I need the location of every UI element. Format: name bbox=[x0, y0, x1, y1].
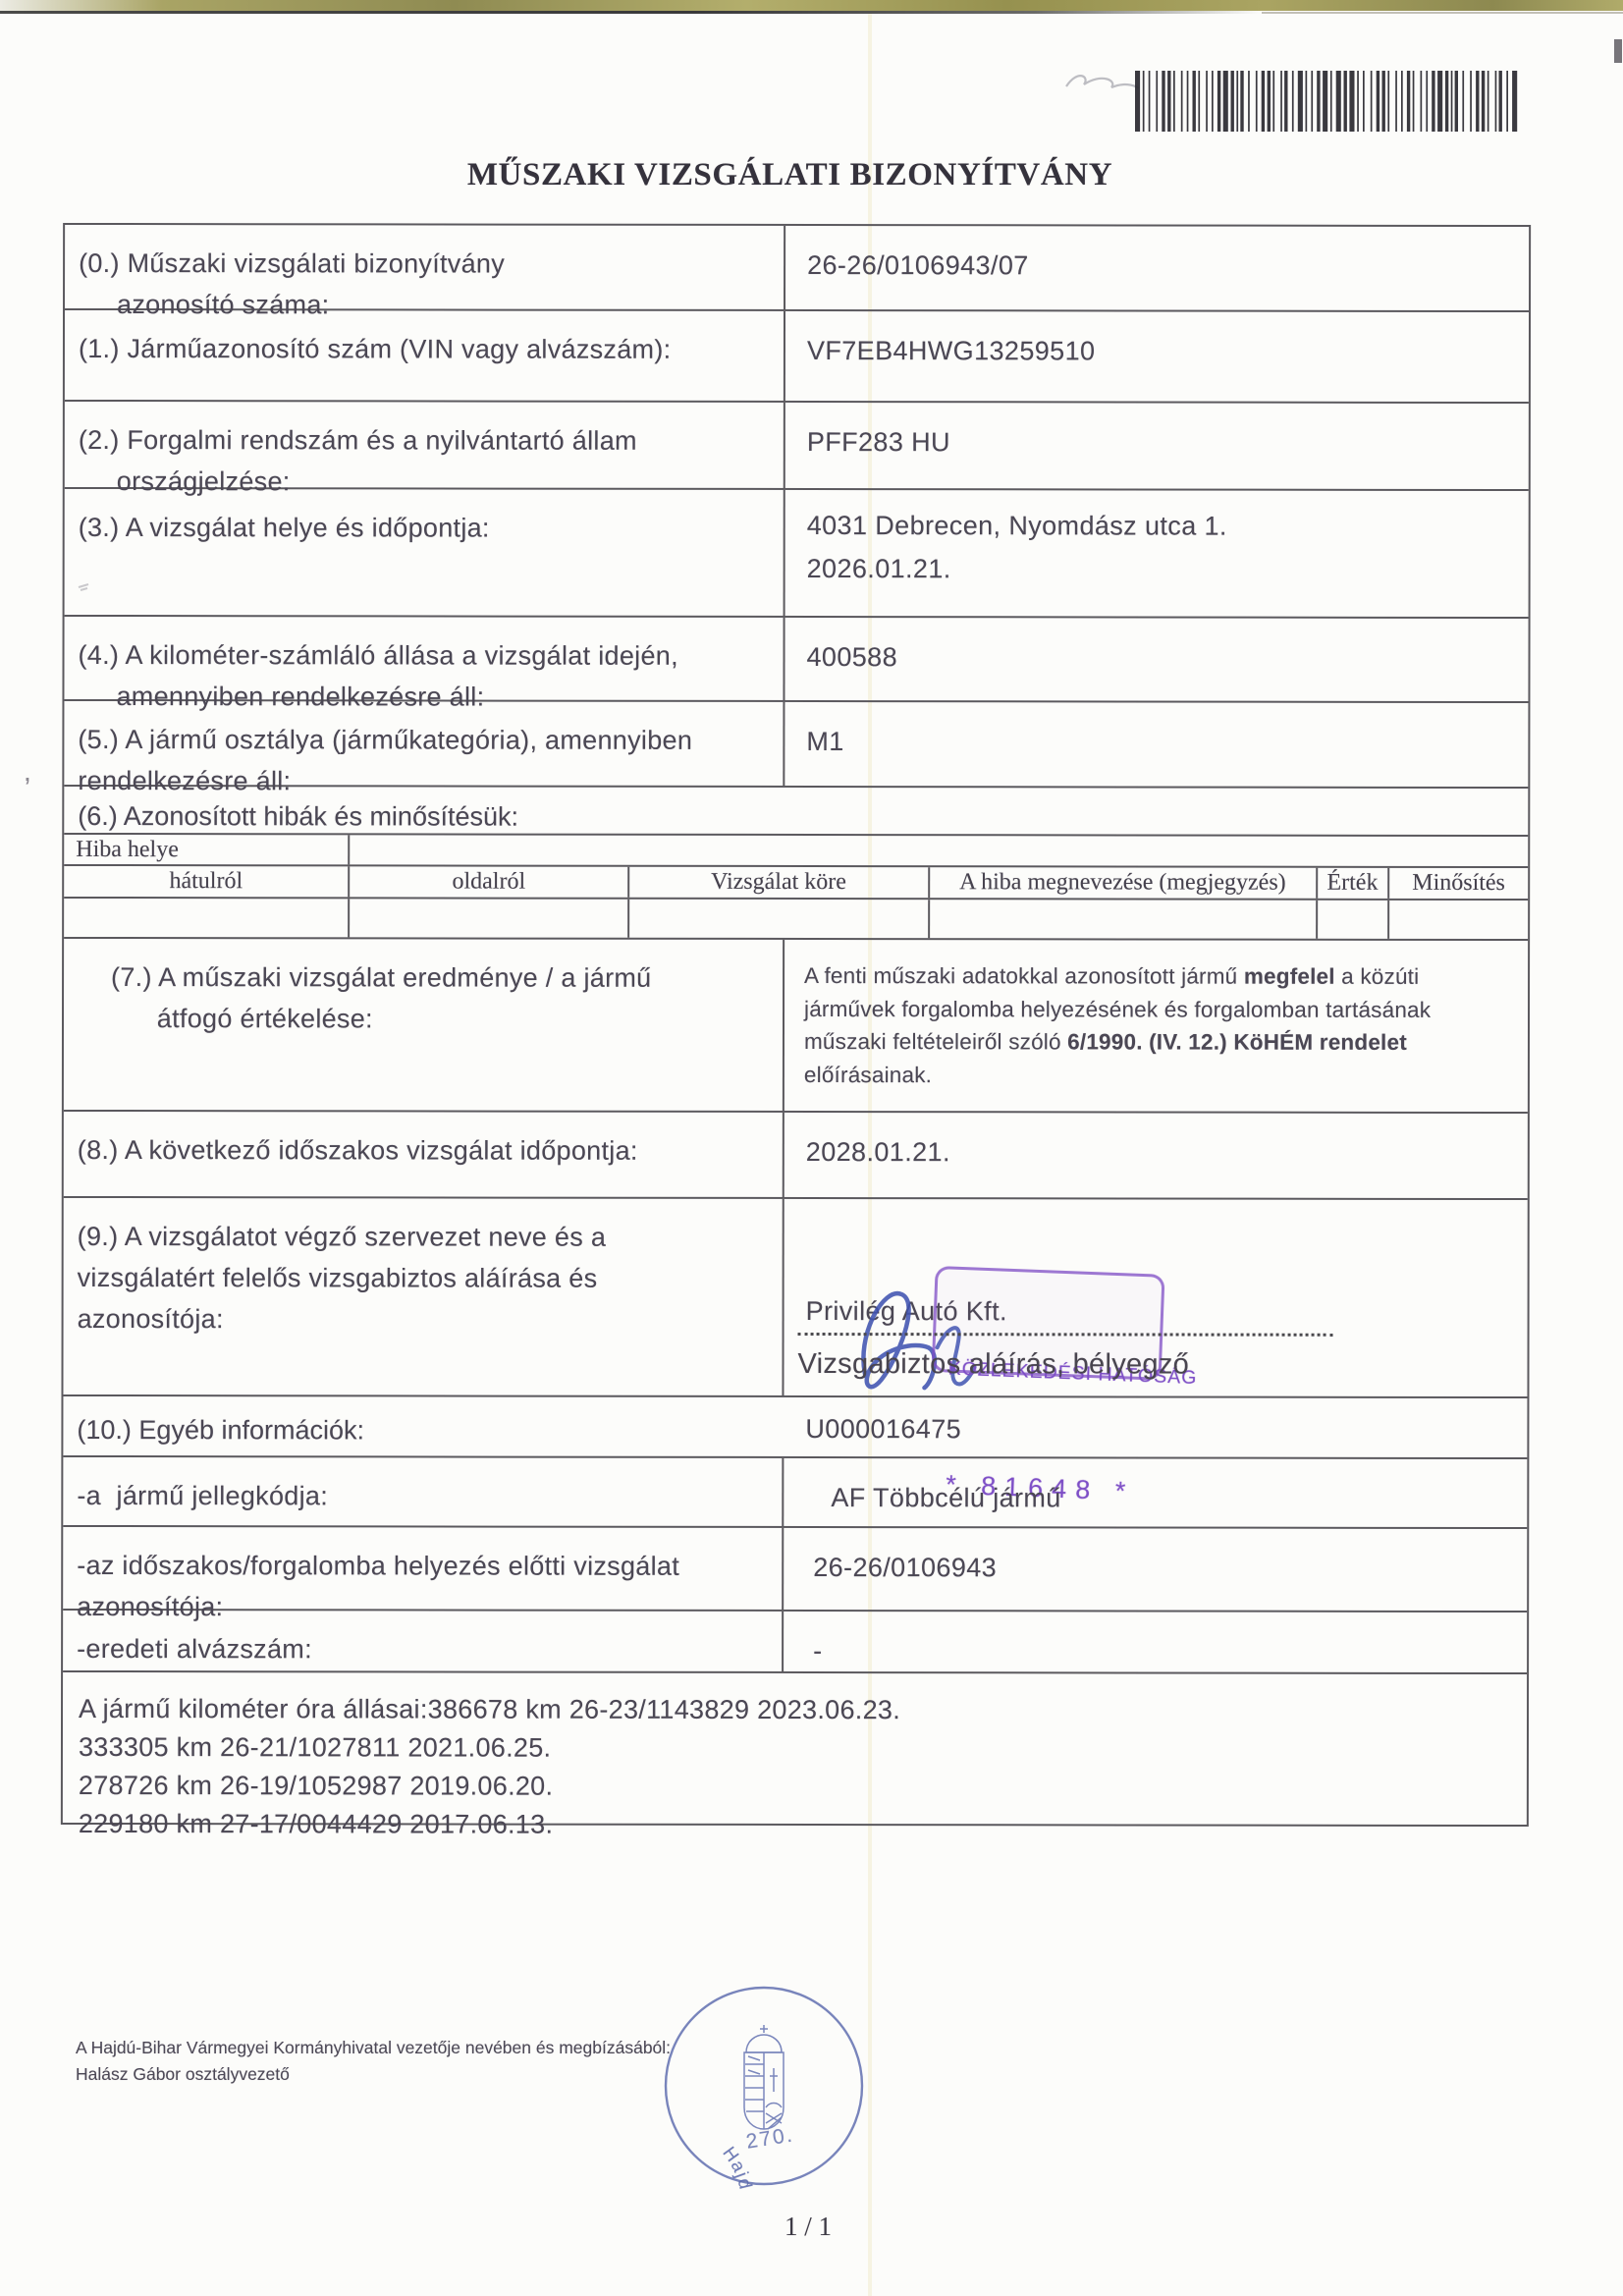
page-number: 1 / 1 bbox=[754, 2212, 862, 2242]
field-label-2: (2.) Forgalmi rendszám és a nyilvántartó… bbox=[65, 402, 784, 488]
defects-section-row: (6.) Azonosított hibák és minősítésük: bbox=[64, 787, 1528, 837]
barcode bbox=[1135, 71, 1520, 133]
defect-empty-cell bbox=[627, 900, 928, 938]
inspector-label: (9.) A vizsgálatot végző szervezet neve … bbox=[63, 1198, 782, 1395]
next-inspection-row: (8.) A következő időszakos vizsgálat idő… bbox=[64, 1112, 1528, 1200]
coat-of-arms bbox=[744, 2025, 784, 2129]
odometer-line-1: A jármű kilométer óra állásai:386678 km … bbox=[79, 1690, 1517, 1730]
inspector-row: (9.) A vizsgálatot végző szervezet neve … bbox=[63, 1198, 1527, 1398]
field-label-0: (0.) Műszaki vizsgálati bizonyítvány azo… bbox=[65, 225, 784, 309]
footer-line-1: A Hajdú-Bihar Vármegyei Kormányhivatal v… bbox=[76, 2035, 671, 2061]
previous-inspection-label: -az időszakos/forgalomba helyezés előtti… bbox=[63, 1527, 782, 1610]
defect-empty-cell bbox=[348, 899, 627, 937]
defect-col-value: Érték bbox=[1316, 868, 1387, 899]
other-info-section-row: (10.) Egyéb információk: bbox=[63, 1396, 1527, 1459]
result-row: (7.) A műszaki vizsgálat eredménye / a j… bbox=[64, 939, 1528, 1114]
signature-caption: Vizsgabiztos aláírás, bélyegző bbox=[797, 1344, 1189, 1385]
scan-edge-line-light bbox=[1262, 12, 1623, 14]
round-stamp-ring-text: Hajdú-Bihar Vármegyei Kormányhivatal bbox=[660, 2129, 758, 2190]
defect-col-rating: Minősítés bbox=[1387, 868, 1528, 899]
svg-text:Hajdú-Bihar Vármegyei Kormányh: Hajdú-Bihar Vármegyei Kormányhivatal bbox=[660, 2129, 758, 2190]
table-row-1: (1.) Járműazonosító szám (VIN vagy alváz… bbox=[65, 310, 1529, 404]
odometer-line-2: 333305 km 26-21/1027811 2021.06.25. bbox=[79, 1728, 1517, 1769]
document-title: MŰSZAKI VIZSGÁLATI BIZONYÍTVÁNY bbox=[0, 157, 1601, 193]
result-value: A fenti műszaki adatokkal azonosított já… bbox=[783, 940, 1528, 1112]
footer-authority-block: A Hajdú-Bihar Vármegyei Kormányhivatal v… bbox=[76, 2035, 671, 2088]
field-value-4: 400588 bbox=[783, 618, 1528, 701]
odometer-history-row: A jármű kilométer óra állásai:386678 km … bbox=[63, 1672, 1527, 1825]
defects-section-label: (6.) Azonosított hibák és minősítésük: bbox=[64, 787, 1528, 835]
table-row-2: (2.) Forgalmi rendszám és a nyilvántartó… bbox=[65, 402, 1529, 491]
defect-empty-cell bbox=[64, 899, 348, 937]
next-inspection-label: (8.) A következő időszakos vizsgálat idő… bbox=[64, 1112, 783, 1197]
defect-col-rear: hátulról bbox=[64, 866, 348, 897]
vehicle-type-label: -a jármű jellegkódja: bbox=[63, 1457, 782, 1526]
field-value-5: M1 bbox=[783, 702, 1528, 787]
odometer-history: A jármű kilométer óra állásai:386678 km … bbox=[63, 1672, 1527, 1825]
previous-inspection-value: 26-26/0106943 bbox=[782, 1528, 1527, 1611]
defect-empty-cell bbox=[1387, 901, 1528, 939]
field-label-3: (3.) A vizsgálat helye és időpontja: bbox=[65, 489, 784, 616]
defect-col-side: oldalról bbox=[348, 866, 627, 897]
vehicle-type-value: AF Többcélú jármű bbox=[782, 1458, 1527, 1527]
defect-header-row: hátulról oldalról Vizsgálat köre A hiba … bbox=[64, 866, 1528, 901]
field-label-5: (5.) A jármű osztálya (járműkategória), … bbox=[64, 701, 783, 786]
result-label: (7.) A műszaki vizsgálat eredménye / a j… bbox=[64, 939, 783, 1111]
inspector-value-cell: Privilég Autó Kft. U000016475 KÖZLEKEDÉS… bbox=[782, 1199, 1527, 1396]
table-row-4: (4.) A kilométer-számláló állása a vizsg… bbox=[64, 617, 1528, 703]
footer-line-2: Halász Gábor osztályvezető bbox=[76, 2061, 671, 2088]
defect-empty-cell bbox=[1316, 901, 1387, 939]
original-chassis-row: -eredeti alvázszám: - bbox=[63, 1611, 1527, 1674]
defect-place-row: Hiba helye bbox=[64, 835, 1528, 868]
defect-empty-cell bbox=[928, 900, 1316, 939]
scan-edge-line bbox=[0, 11, 1262, 14]
scan-edge-artifact bbox=[0, 0, 1623, 11]
original-chassis-value: - bbox=[782, 1612, 1527, 1672]
defect-col-scope: Vizsgálat köre bbox=[627, 867, 928, 898]
defect-col-name: A hiba megnevezése (megjegyzés) bbox=[928, 867, 1316, 899]
field-value-1: VF7EB4HWG13259510 bbox=[784, 311, 1529, 402]
table-row-5: (5.) A jármű osztálya (járműkategória), … bbox=[64, 701, 1528, 789]
other-info-label: (10.) Egyéb információk: bbox=[63, 1396, 1527, 1457]
previous-inspection-row: -az időszakos/forgalomba helyezés előtti… bbox=[63, 1527, 1527, 1613]
field-label-1: (1.) Járműazonosító szám (VIN vagy alváz… bbox=[65, 310, 784, 401]
field-value-0: 26-26/0106943/07 bbox=[784, 226, 1529, 310]
defect-place-label: Hiba helye bbox=[64, 835, 348, 864]
scan-corner-artifact bbox=[1614, 39, 1622, 63]
stray-ink-mark: , bbox=[24, 756, 31, 788]
government-office-round-stamp: Hajdú-Bihar Vármegyei Kormányhivatal 270… bbox=[660, 1982, 868, 2190]
field-label-4: (4.) A kilométer-számláló állása a vizsg… bbox=[64, 617, 783, 700]
next-inspection-value: 2028.01.21. bbox=[783, 1113, 1528, 1198]
defect-place-empty-cell bbox=[348, 835, 1528, 866]
field-value-2: PFF283 HU bbox=[784, 403, 1529, 489]
table-row-0: (0.) Műszaki vizsgálati bizonyítvány azo… bbox=[65, 225, 1529, 312]
odometer-line-4: 229180 km 27-17/0044429 2017.06.13. bbox=[79, 1805, 1517, 1845]
vehicle-type-row: -a jármű jellegkódja: AF Többcélú jármű bbox=[63, 1457, 1527, 1529]
odometer-line-3: 278726 km 26-19/1052987 2019.06.20. bbox=[79, 1767, 1517, 1807]
field-value-3: 4031 Debrecen, Nyomdász utca 1. 2026.01.… bbox=[784, 490, 1529, 617]
scanned-certificate-page: , MŰSZAKI VIZSGÁLATI BIZONYÍTVÁNY (0.) M… bbox=[0, 0, 1623, 2296]
certificate-table: (0.) Műszaki vizsgálati bizonyítvány azo… bbox=[61, 223, 1531, 1827]
original-chassis-label: -eredeti alvázszám: bbox=[63, 1611, 782, 1671]
defect-empty-row bbox=[64, 899, 1528, 941]
table-row-3: (3.) A vizsgálat helye és időpontja: 403… bbox=[65, 489, 1529, 619]
